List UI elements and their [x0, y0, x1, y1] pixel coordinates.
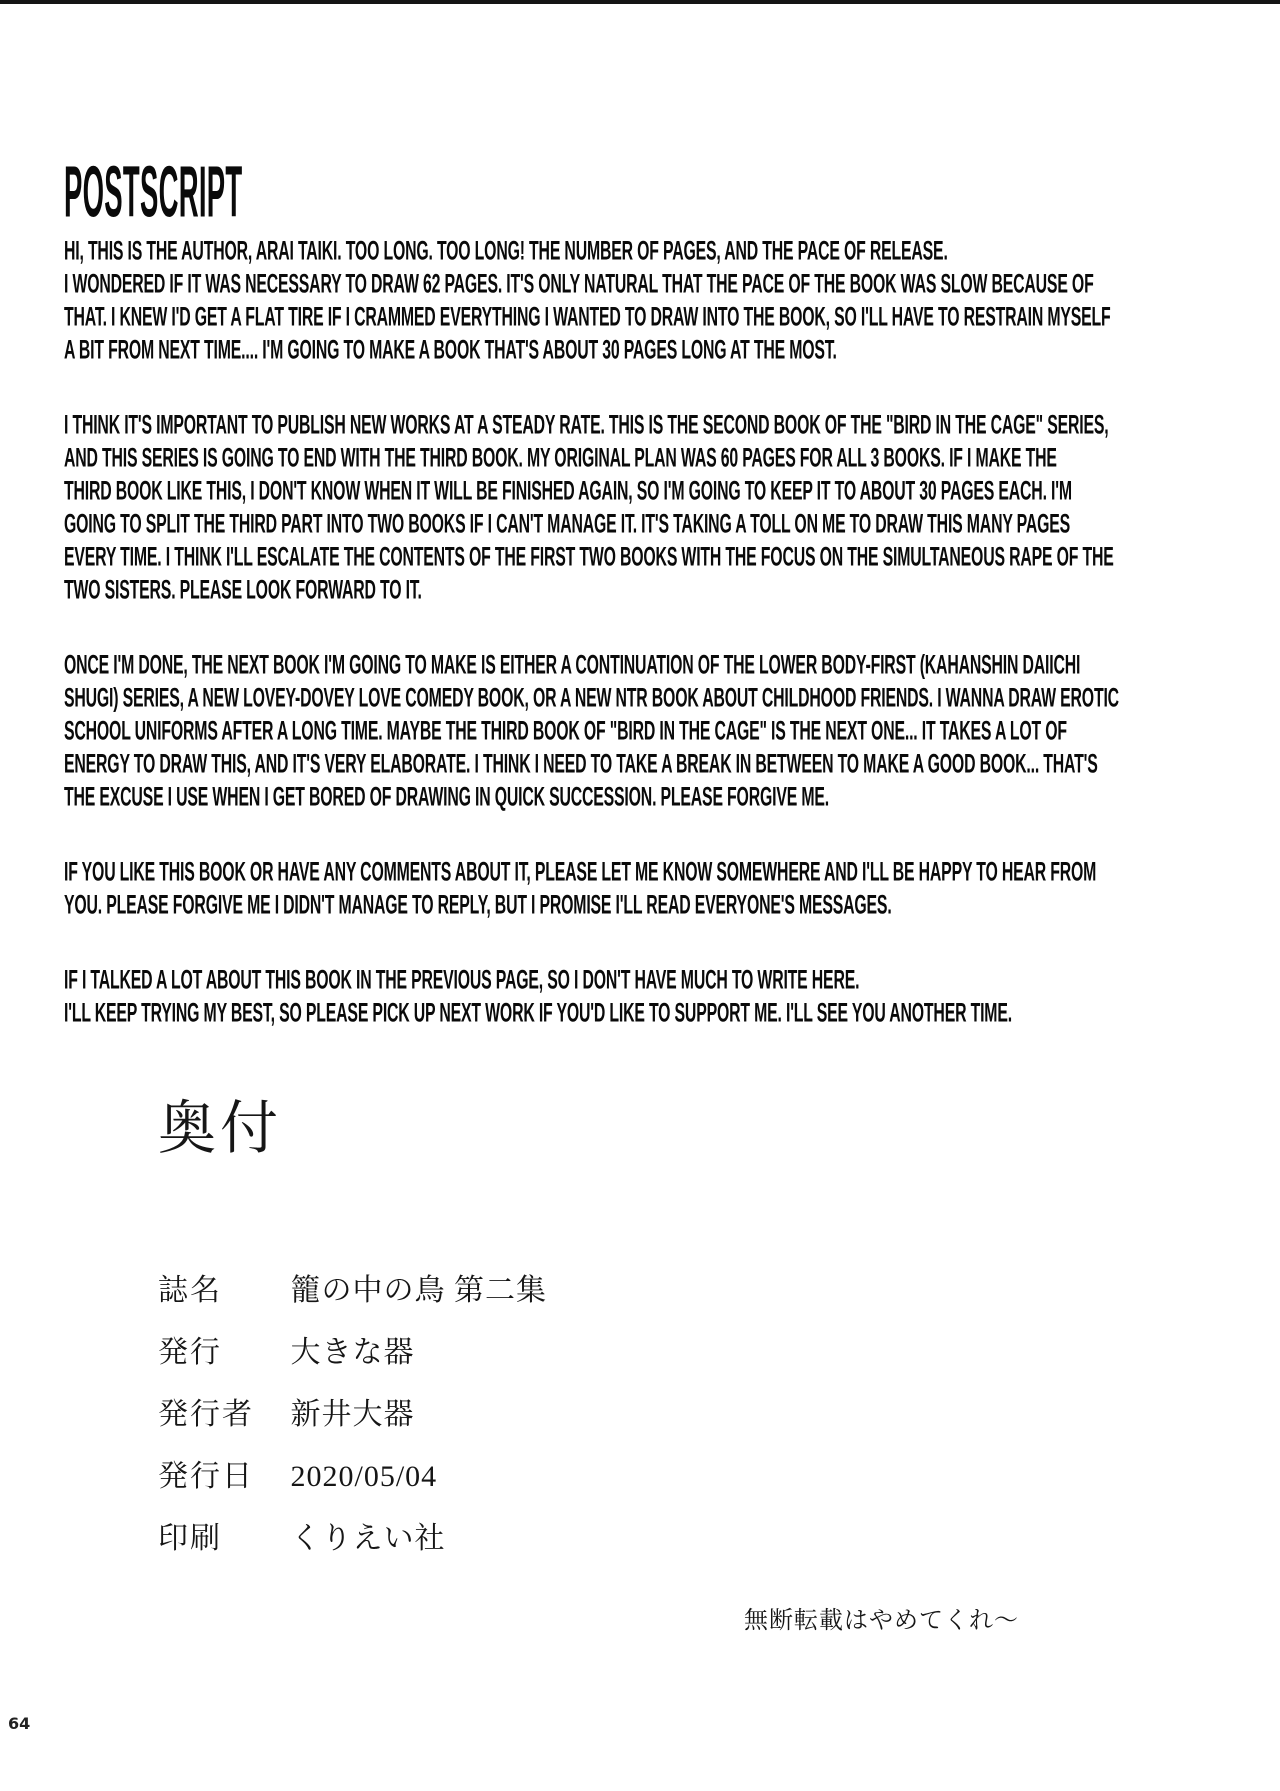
colophon: 奥付 誌名 籠の中の鳥 第二集 発行 大きな器 発行者 新井大器 発行日 202… — [158, 1098, 547, 1570]
postscript-paragraph-4: IF YOU LIKE THIS BOOK OR HAVE ANY COMMEN… — [64, 855, 1168, 921]
postscript-paragraph-3: ONCE I'M DONE, THE NEXT BOOK I'M GOING T… — [64, 648, 1168, 813]
postscript-title: POSTSCRIPT — [64, 150, 242, 234]
colophon-label: 誌名 — [158, 1260, 283, 1322]
colophon-value: 籠の中の鳥 第二集 — [291, 1274, 548, 1307]
colophon-label: 発行者 — [158, 1384, 283, 1446]
postscript-paragraph-5: IF I TALKED A LOT ABOUT THIS BOOK IN THE… — [64, 963, 1168, 1029]
postscript-paragraph-2: I THINK IT'S IMPORTANT TO PUBLISH NEW WO… — [64, 408, 1168, 606]
page-number: 64 — [8, 1714, 30, 1733]
no-reupload-note: 無断転載はやめてくれ～ — [744, 1600, 1019, 1635]
colophon-rows: 誌名 籠の中の鳥 第二集 発行 大きな器 発行者 新井大器 発行日 2020/0… — [158, 1260, 547, 1570]
colophon-label: 印刷 — [158, 1508, 283, 1570]
colophon-row-title: 誌名 籠の中の鳥 第二集 — [158, 1260, 547, 1322]
colophon-label: 発行 — [158, 1322, 283, 1384]
colophon-label: 発行日 — [158, 1446, 283, 1508]
colophon-row-date: 発行日 2020/05/04 — [158, 1446, 547, 1508]
colophon-row-publisher: 発行 大きな器 — [158, 1322, 547, 1384]
colophon-title: 奥付 — [158, 1098, 547, 1160]
colophon-row-printer: 印刷 くりえい社 — [158, 1508, 547, 1570]
colophon-row-author: 発行者 新井大器 — [158, 1384, 547, 1446]
colophon-value: くりえい社 — [291, 1522, 446, 1555]
colophon-value: 大きな器 — [291, 1336, 415, 1369]
postscript-body: HI, THIS IS THE AUTHOR, ARAI TAIKI. TOO … — [64, 234, 1168, 1071]
colophon-value: 2020/05/04 — [291, 1460, 438, 1493]
scan-edge — [0, 0, 1280, 4]
postscript-paragraph-1: HI, THIS IS THE AUTHOR, ARAI TAIKI. TOO … — [64, 234, 1168, 366]
colophon-value: 新井大器 — [291, 1398, 415, 1431]
